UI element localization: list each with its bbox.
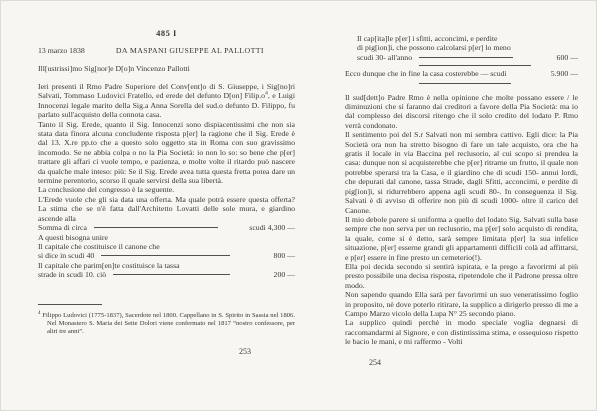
page-right: Il cap[ita]le p[er] i sfitti, acconcimi,… xyxy=(345,34,578,367)
letter-number-heading: 485 I xyxy=(38,28,295,38)
paragraph: La supplico quindi perchè in modo specia… xyxy=(345,318,578,346)
footnote: 4 Filippo Ludovici (1775-1837), Sacerdot… xyxy=(38,310,295,337)
sum-rule xyxy=(419,83,511,84)
ledger-label: di pig[ion]i, che possono calcolarsi p[e… xyxy=(345,43,578,52)
page-left: 485 I 13 marzo 1838 DA MASPANI GIUSEPPE … xyxy=(38,28,295,356)
letter-title: DA MASPANI GIUSEPPE AL PALLOTTI xyxy=(85,46,295,55)
ledger-row: scudi 30- all'anno 600 — xyxy=(345,53,578,62)
paragraph: Non sapendo quando Ella sarà per favorir… xyxy=(345,290,578,318)
ledger-label: Somma di circa xyxy=(38,223,87,232)
ledger-label: Il capitale che parim[en]te costituisce … xyxy=(38,261,295,270)
ledger-value: 800 — xyxy=(237,251,295,260)
ledger-label: Il capitale che costituisce il canone ch… xyxy=(38,242,295,251)
ledger-label: scudi 30- all'anno xyxy=(357,53,412,62)
letter-date: 13 marzo 1838 xyxy=(38,46,85,55)
paragraph: Il sud[dett]o Padre Rmo è nella opinione… xyxy=(345,93,578,131)
ledger-label: si dice in scudi 40 xyxy=(38,251,94,260)
footnote-text: Filippo Ludovici (1775-1837), Sacerdote … xyxy=(41,312,296,335)
ledger-total-value: 5.900 — xyxy=(551,69,578,78)
cost-ledger-continued: Il cap[ita]le p[er] i sfitti, acconcimi,… xyxy=(345,34,578,84)
ledger-row: strade in scudi 10. ciò 200 — xyxy=(38,270,295,279)
book-spread: 485 I 13 marzo 1838 DA MASPANI GIUSEPPE … xyxy=(0,0,597,411)
page-number-right: 254 xyxy=(345,358,578,367)
ledger-label: Il cap[ita]le p[er] i sfitti, acconcimi,… xyxy=(345,34,578,43)
page-number-left: 253 xyxy=(38,347,295,356)
paragraph: Il sentimento poi del S.r Salvati non mi… xyxy=(345,130,578,215)
letter-byline: 13 marzo 1838 DA MASPANI GIUSEPPE AL PAL… xyxy=(38,46,295,55)
leader-line xyxy=(419,57,513,58)
paragraph: L'Erede vuole che gli sia data una offer… xyxy=(38,195,295,223)
ledger-note: A questi bisogna unire xyxy=(38,233,295,242)
sum-rule xyxy=(419,65,531,66)
ledger-row: Somma di circa scudi 4,300 — xyxy=(38,223,295,232)
paragraph: Tanto il Sig. Erede, quanto il Sig. Inno… xyxy=(38,120,295,186)
paragraph-text: Ieri presenti il Rmo Padre Superiore del… xyxy=(38,82,295,100)
paragraph: La conclusione del congresso è la seguen… xyxy=(38,185,295,194)
salutation: Ill[ustrissi]mo Sig[nor]e D[o]n Vincenzo… xyxy=(38,64,295,73)
leader-line xyxy=(101,255,230,256)
footnote-separator xyxy=(38,304,102,305)
leader-line xyxy=(94,227,218,228)
ledger-total-row: Ecco dunque che in fine la casa costereb… xyxy=(345,69,578,78)
ledger-value: 600 — xyxy=(520,53,578,62)
ledger-label: strade in scudi 10. ciò xyxy=(38,270,106,279)
cost-ledger: Somma di circa scudi 4,300 — A questi bi… xyxy=(38,223,295,279)
ledger-value: 200 — xyxy=(237,270,295,279)
leader-line xyxy=(113,274,230,275)
paragraph: Ella poi decida secondo si sentirà ispir… xyxy=(345,262,578,290)
paragraph: Il mio debole parere si uniforma a quell… xyxy=(345,215,578,262)
paragraph: Ieri presenti il Rmo Padre Superiore del… xyxy=(38,82,295,120)
ledger-row: si dice in scudi 40 800 — xyxy=(38,251,295,260)
ledger-total-label: Ecco dunque che in fine la casa costereb… xyxy=(345,69,507,78)
ledger-value: scudi 4,300 — xyxy=(225,223,295,232)
